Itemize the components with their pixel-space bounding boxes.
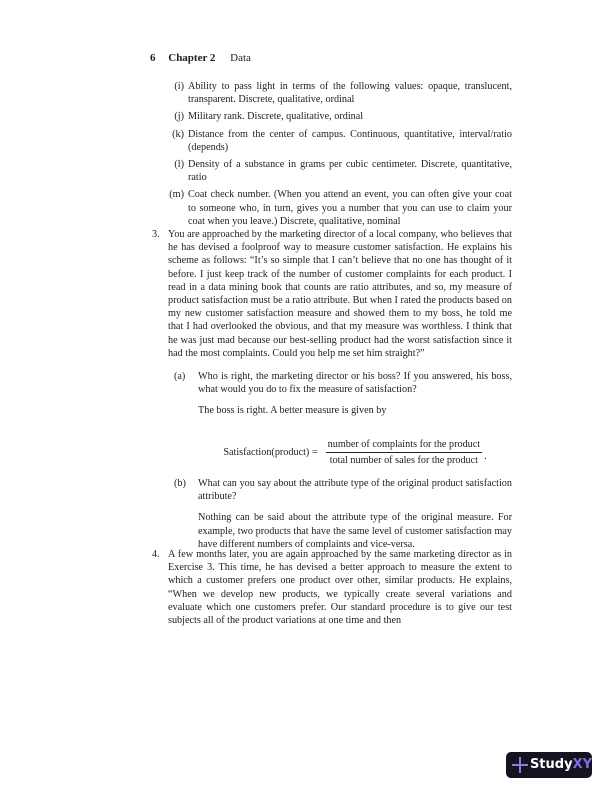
item-label: (j) [160,110,184,123]
formula-fraction: number of complaints for the product tot… [326,438,483,467]
satisfaction-formula: Satisfaction(product) = number of compla… [198,438,512,467]
list-item: (m) Coat check number. (When you attend … [160,188,512,228]
item-text: Density of a substance in grams per cubi… [188,159,512,183]
part-question: Who is right, the marketing director or … [198,370,512,396]
item-text: Coat check number. (When you attend an e… [188,189,512,226]
studyxy-watermark[interactable]: StudyXY [506,752,592,778]
document-page: 6 Chapter 2 Data (i) Ability to pass lig… [0,0,612,792]
brand-accent: XY [573,757,592,772]
part-answer: The boss is right. A better measure is g… [198,404,512,417]
chapter-label: Chapter 2 [168,52,215,64]
problem-3: 3. You are approached by the marketing d… [160,228,512,551]
item-label: (k) [160,128,184,141]
formula-period: . [484,450,487,463]
formula-lhs: Satisfaction(product) = [223,446,317,459]
list-item: (i) Ability to pass light in terms of th… [160,80,512,106]
part-b: (b) What can you say about the attribute… [168,477,512,551]
part-label: (a) [174,370,185,383]
list-item: (l) Density of a substance in grams per … [160,158,512,184]
chapter-title: Data [230,52,251,64]
list-item: (j) Military rank. Discrete, qualitative… [160,110,512,123]
formula-numerator: number of complaints for the product [326,438,483,453]
problem-text: You are approached by the marketing dire… [168,228,512,360]
item-label: (m) [160,188,184,201]
problem-4: 4. A few months later, you are again app… [160,548,512,627]
page-header: 6 Chapter 2 Data [150,52,251,65]
problem-number: 4. [152,548,160,561]
brand-main: Study [530,757,573,772]
item-label: (l) [160,158,184,171]
plus-icon [512,757,524,773]
formula-denominator: total number of sales for the product [328,453,480,467]
item-text: Distance from the center of campus. Cont… [188,129,512,153]
brand-name: StudyXY [530,758,592,771]
problem-number: 3. [152,228,160,241]
list-item: (k) Distance from the center of campus. … [160,128,512,154]
part-a: (a) Who is right, the marketing director… [168,370,512,467]
part-answer: Nothing can be said about the attribute … [198,511,512,551]
attribute-list: (i) Ability to pass light in terms of th… [160,80,512,232]
page-number: 6 [150,52,156,64]
part-label: (b) [174,477,186,490]
part-question: What can you say about the attribute typ… [198,477,512,503]
item-label: (i) [160,80,184,93]
item-text: Ability to pass light in terms of the fo… [188,81,512,105]
item-text: Military rank. Discrete, qualitative, or… [188,111,363,122]
problem-text: A few months later, you are again approa… [168,548,512,627]
